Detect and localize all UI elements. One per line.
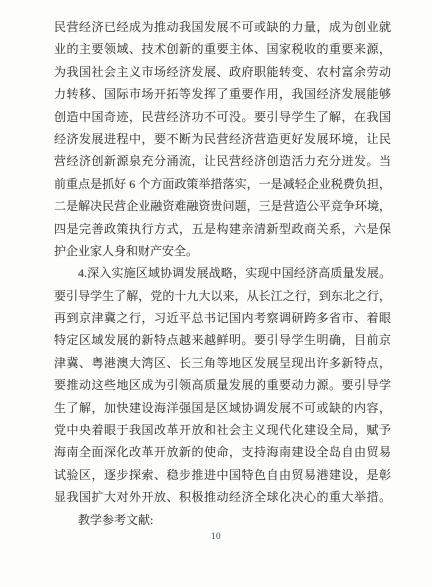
text-line: 经济发展进程中，要不断为民营经济营造更好发展环境，让民 [54, 128, 391, 150]
text-line: 为我国社会主义市场经济发展、政府职能转变、农村富余劳动 [54, 61, 391, 83]
text-line: 津冀、粤港澳大湾区、长三角等地区发展呈现出许多新特点， [54, 352, 391, 374]
text-line: 四是完善政策执行方式，五是构建亲清新型政商关系，六是保 [54, 218, 391, 240]
text-line: 前重点是抓好 6 个方面政策举措落实，一是减轻企业税费负担， [54, 173, 391, 195]
text-line: 教学参考文献: [54, 509, 391, 531]
page-number: 10 [0, 531, 432, 541]
text-line: 力转移、国际市场开拓等发挥了重要作用，我国经济发展能够 [54, 83, 391, 105]
text-line: 党中央着眼于我国改革开放和社会主义现代化建设全局，赋予 [54, 419, 391, 441]
text-line: 业的主要领域、技术创新的重要主体、国家税收的重要来源， [54, 38, 391, 60]
text-line: 二是解决民营企业融资难融资贵问题，三是营造公平竞争环境， [54, 195, 391, 217]
text-line: 海南全面深化改革开放新的使命，支持海南建设全岛自由贸易 [54, 441, 391, 463]
text-line: 生了解，加快建设海洋强国是区域协调发展不可或缺的内容， [54, 397, 391, 419]
text-line: 试验区，逐步探索、稳步推进中国特色自由贸易港建设，是彰 [54, 464, 391, 486]
text-line: 要引导学生了解，党的十九大以来，从长江之行，到东北之行， [54, 285, 391, 307]
text-line: 特定区域发展的新特点越来越鲜明。要引导学生明确，目前京 [54, 329, 391, 351]
text-line: 营经济创新源泉充分涌流，让民营经济创造活力充分迸发。当 [54, 150, 391, 172]
document-body: 民营经济已经成为推动我国发展不可或缺的力量，成为创业就业的主要领域、技术创新的重… [54, 16, 391, 531]
text-line: 4.深入实施区域协调发展战略，实现中国经济高质量发展。 [54, 262, 391, 284]
text-line: 再到京津冀之行，习近平总书记国内考察调研跨多省市、着眼 [54, 307, 391, 329]
text-line: 民营经济已经成为推动我国发展不可或缺的力量，成为创业就 [54, 16, 391, 38]
text-line: 要推动这些地区成为引领高质量发展的重要动力源。要引导学 [54, 374, 391, 396]
text-line: 创造中国奇迹，民营经济功不可没。要引导学生了解，在我国 [54, 106, 391, 128]
text-line: 护企业家人身和财产安全。 [54, 240, 391, 262]
document-page: 民营经济已经成为推动我国发展不可或缺的力量，成为创业就业的主要领域、技术创新的重… [0, 0, 432, 587]
text-line: 显我国扩大对外开放、积极推动经济全球化决心的重大举措。 [54, 486, 391, 508]
